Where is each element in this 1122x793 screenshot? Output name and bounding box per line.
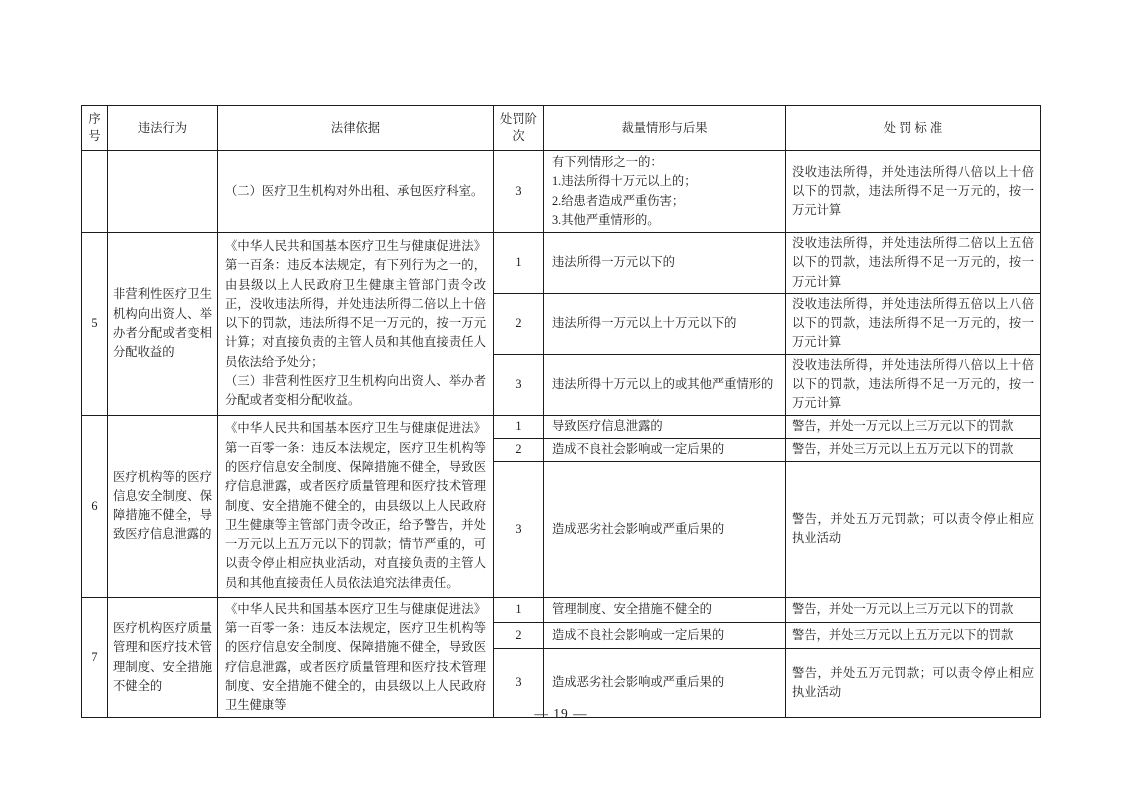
cell-penalty-standard: 没收违法所得，并处违法所得八倍以上十倍以下的罚款，违法所得不足一万元的，按一万元… <box>786 151 1041 233</box>
cell-penalty-tier: 1 <box>494 597 544 623</box>
cell-penalty-standard: 警告，并处三万元以上五万元以下的罚款 <box>786 623 1041 649</box>
cell-penalty-standard: 没收违法所得，并处违法所得八倍以上十倍以下的罚款，违法所得不足一万元的，按一万元… <box>786 354 1041 415</box>
cell-penalty-tier: 2 <box>494 623 544 649</box>
cell-circumstance: 违法所得一万元以上十万元以下的 <box>544 293 786 354</box>
cell-violation: 非营利性医疗卫生机构向出资人、举办者分配或者变相分配收益的 <box>108 233 218 416</box>
cell-legal-basis: 《中华人民共和国基本医疗卫生与健康促进法》第一百条：违反本法规定，有下列行为之一… <box>218 233 494 416</box>
cell-penalty-tier: 1 <box>494 233 544 294</box>
cell-penalty-tier: 1 <box>494 415 544 438</box>
cell-serial-no: 6 <box>82 415 108 597</box>
cell-violation: 医疗机构医疗质量管理和医疗技术管理制度、安全措施不健全的 <box>108 597 218 718</box>
table-row: （二）医疗卫生机构对外出租、承包医疗科室。 3 有下列情形之一的： 1.违法所得… <box>82 151 1041 233</box>
table-row: 7 医疗机构医疗质量管理和医疗技术管理制度、安全措施不健全的 《中华人民共和国基… <box>82 597 1041 623</box>
column-header-violation: 违法行为 <box>108 106 218 151</box>
column-header-penalty-tier: 处罚阶次 <box>494 106 544 151</box>
cell-circumstance: 造成不良社会影响或一定后果的 <box>544 623 786 649</box>
cell-circumstance: 有下列情形之一的： 1.违法所得十万元以上的； 2.给患者造成严重伤害； 3.其… <box>544 151 786 233</box>
cell-serial-no: 7 <box>82 597 108 718</box>
cell-circumstance: 造成恶劣社会影响或严重后果的 <box>544 461 786 597</box>
cell-penalty-tier: 2 <box>494 293 544 354</box>
table-row: 6 医疗机构等的医疗信息安全制度、保障措施不健全，导致医疗信息泄露的 《中华人民… <box>82 415 1041 438</box>
cell-circumstance: 导致医疗信息泄露的 <box>544 415 786 438</box>
cell-legal-basis: 《中华人民共和国基本医疗卫生与健康促进法》第一百零一条：违反本法规定，医疗卫生机… <box>218 597 494 718</box>
table-row: 5 非营利性医疗卫生机构向出资人、举办者分配或者变相分配收益的 《中华人民共和国… <box>82 233 1041 294</box>
cell-violation: 医疗机构等的医疗信息安全制度、保障措施不健全，导致医疗信息泄露的 <box>108 415 218 597</box>
document-page: 序号 违法行为 法律依据 处罚阶次 裁量情形与后果 处 罚 标 准 （二）医疗卫… <box>0 0 1122 793</box>
cell-legal-basis: （二）医疗卫生机构对外出租、承包医疗科室。 <box>218 151 494 233</box>
cell-legal-basis: 《中华人民共和国基本医疗卫生与健康促进法》第一百零一条：违反本法规定，医疗卫生机… <box>218 415 494 597</box>
column-header-circumstance: 裁量情形与后果 <box>544 106 786 151</box>
cell-circumstance: 造成不良社会影响或一定后果的 <box>544 438 786 461</box>
cell-penalty-standard: 警告，并处三万元以上五万元以下的罚款 <box>786 438 1041 461</box>
cell-penalty-standard: 警告，并处五万元罚款；可以责令停止相应执业活动 <box>786 461 1041 597</box>
column-header-penalty-standard: 处 罚 标 准 <box>786 106 1041 151</box>
page-number: — 19 — <box>0 706 1122 722</box>
penalty-table: 序号 违法行为 法律依据 处罚阶次 裁量情形与后果 处 罚 标 准 （二）医疗卫… <box>81 105 1041 718</box>
cell-penalty-tier: 2 <box>494 438 544 461</box>
cell-penalty-standard: 警告，并处一万元以上三万元以下的罚款 <box>786 415 1041 438</box>
column-header-legal-basis: 法律依据 <box>218 106 494 151</box>
table-header-row: 序号 违法行为 法律依据 处罚阶次 裁量情形与后果 处 罚 标 准 <box>82 106 1041 151</box>
cell-penalty-standard: 警告，并处一万元以上三万元以下的罚款 <box>786 597 1041 623</box>
cell-violation <box>108 151 218 233</box>
cell-serial-no: 5 <box>82 233 108 416</box>
cell-penalty-tier: 3 <box>494 461 544 597</box>
column-header-serial-no: 序号 <box>82 106 108 151</box>
cell-penalty-standard: 没收违法所得，并处违法所得二倍以上五倍以下的罚款，违法所得不足一万元的，按一万元… <box>786 233 1041 294</box>
cell-circumstance: 管理制度、安全措施不健全的 <box>544 597 786 623</box>
cell-circumstance: 违法所得十万元以上的或其他严重情形的 <box>544 354 786 415</box>
cell-penalty-standard: 没收违法所得，并处违法所得五倍以上八倍以下的罚款，违法所得不足一万元的，按一万元… <box>786 293 1041 354</box>
cell-penalty-tier: 3 <box>494 151 544 233</box>
cell-serial-no <box>82 151 108 233</box>
cell-penalty-tier: 3 <box>494 354 544 415</box>
cell-circumstance: 违法所得一万元以下的 <box>544 233 786 294</box>
